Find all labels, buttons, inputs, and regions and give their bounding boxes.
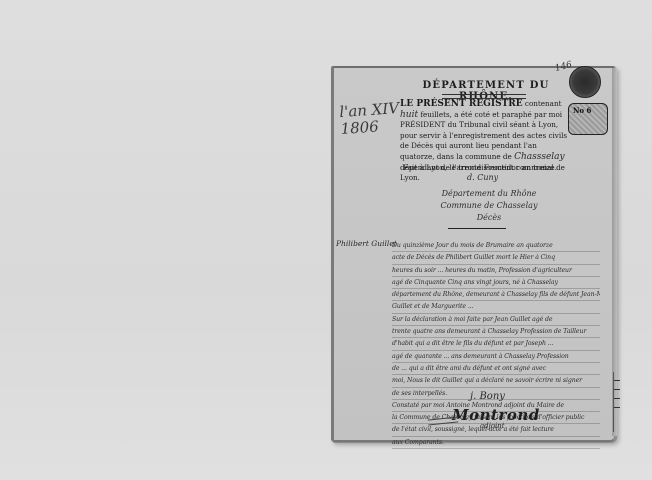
record-line: agé de quarante ... ans demeurant à Chas… — [392, 351, 600, 363]
handwritten-heading: Département du Rhône Commune de Chassela… — [424, 188, 554, 224]
handwritten-leaf-count: huit — [400, 110, 418, 120]
heading-commune: Commune de Chasselay — [424, 200, 554, 212]
record-line: heures du soir ... heures du matin, Prof… — [392, 265, 600, 277]
stamp-label: No 6 — [573, 106, 591, 115]
record-line: aux Comparants. — [392, 437, 600, 449]
round-seal-stamp-icon — [569, 66, 601, 98]
record-line: acte de Décès de Philibert Guillet mort … — [392, 252, 600, 264]
record-line: département du Rhône, demeurant à Chasse… — [392, 289, 600, 301]
record-line: d'habit qui a dit être le fils du défunt… — [392, 338, 600, 350]
record-line: Sur la déclaration à moi faite par Jean … — [392, 314, 600, 326]
record-line: de ... qui a dit être ami du défunt et o… — [392, 363, 600, 375]
record-line: moi, Nous le dit Guillet qui a déclaré n… — [392, 375, 600, 387]
heading-department: Département du Rhône — [424, 188, 554, 200]
heading-deces: Décès — [424, 212, 554, 224]
binding-marks — [613, 372, 620, 432]
officer-title: adjoint — [480, 422, 505, 430]
witness-signature: j. Bony — [470, 391, 505, 402]
record-line: Guillet et de Marguerite ... — [392, 301, 600, 313]
record-line: Du quinzième Jour du mois de Brumaire an… — [392, 240, 600, 252]
record-line: trente quatre ans demeurant à Chasselay … — [392, 326, 600, 338]
president-initials: d. Cuny — [467, 173, 498, 182]
fait-a-lyon-line: Fait à Lyon, le trente Fructidor an trei… — [400, 163, 560, 172]
record-line: agé de Cinquante Cinq ans vingt jours, n… — [392, 277, 600, 289]
margin-deceased-name: Philibert Guillet — [336, 239, 397, 248]
margin-year-note: l'an XIV 1806 — [339, 100, 401, 138]
handwritten-commune: Chassselay — [514, 152, 565, 162]
tax-stamp-icon: No 6 — [568, 103, 608, 135]
paragraph-lead: LE PRÉSENT REGISTRE — [400, 99, 523, 109]
heading-underline — [448, 228, 506, 229]
text-contenant: contenant — [525, 99, 562, 108]
